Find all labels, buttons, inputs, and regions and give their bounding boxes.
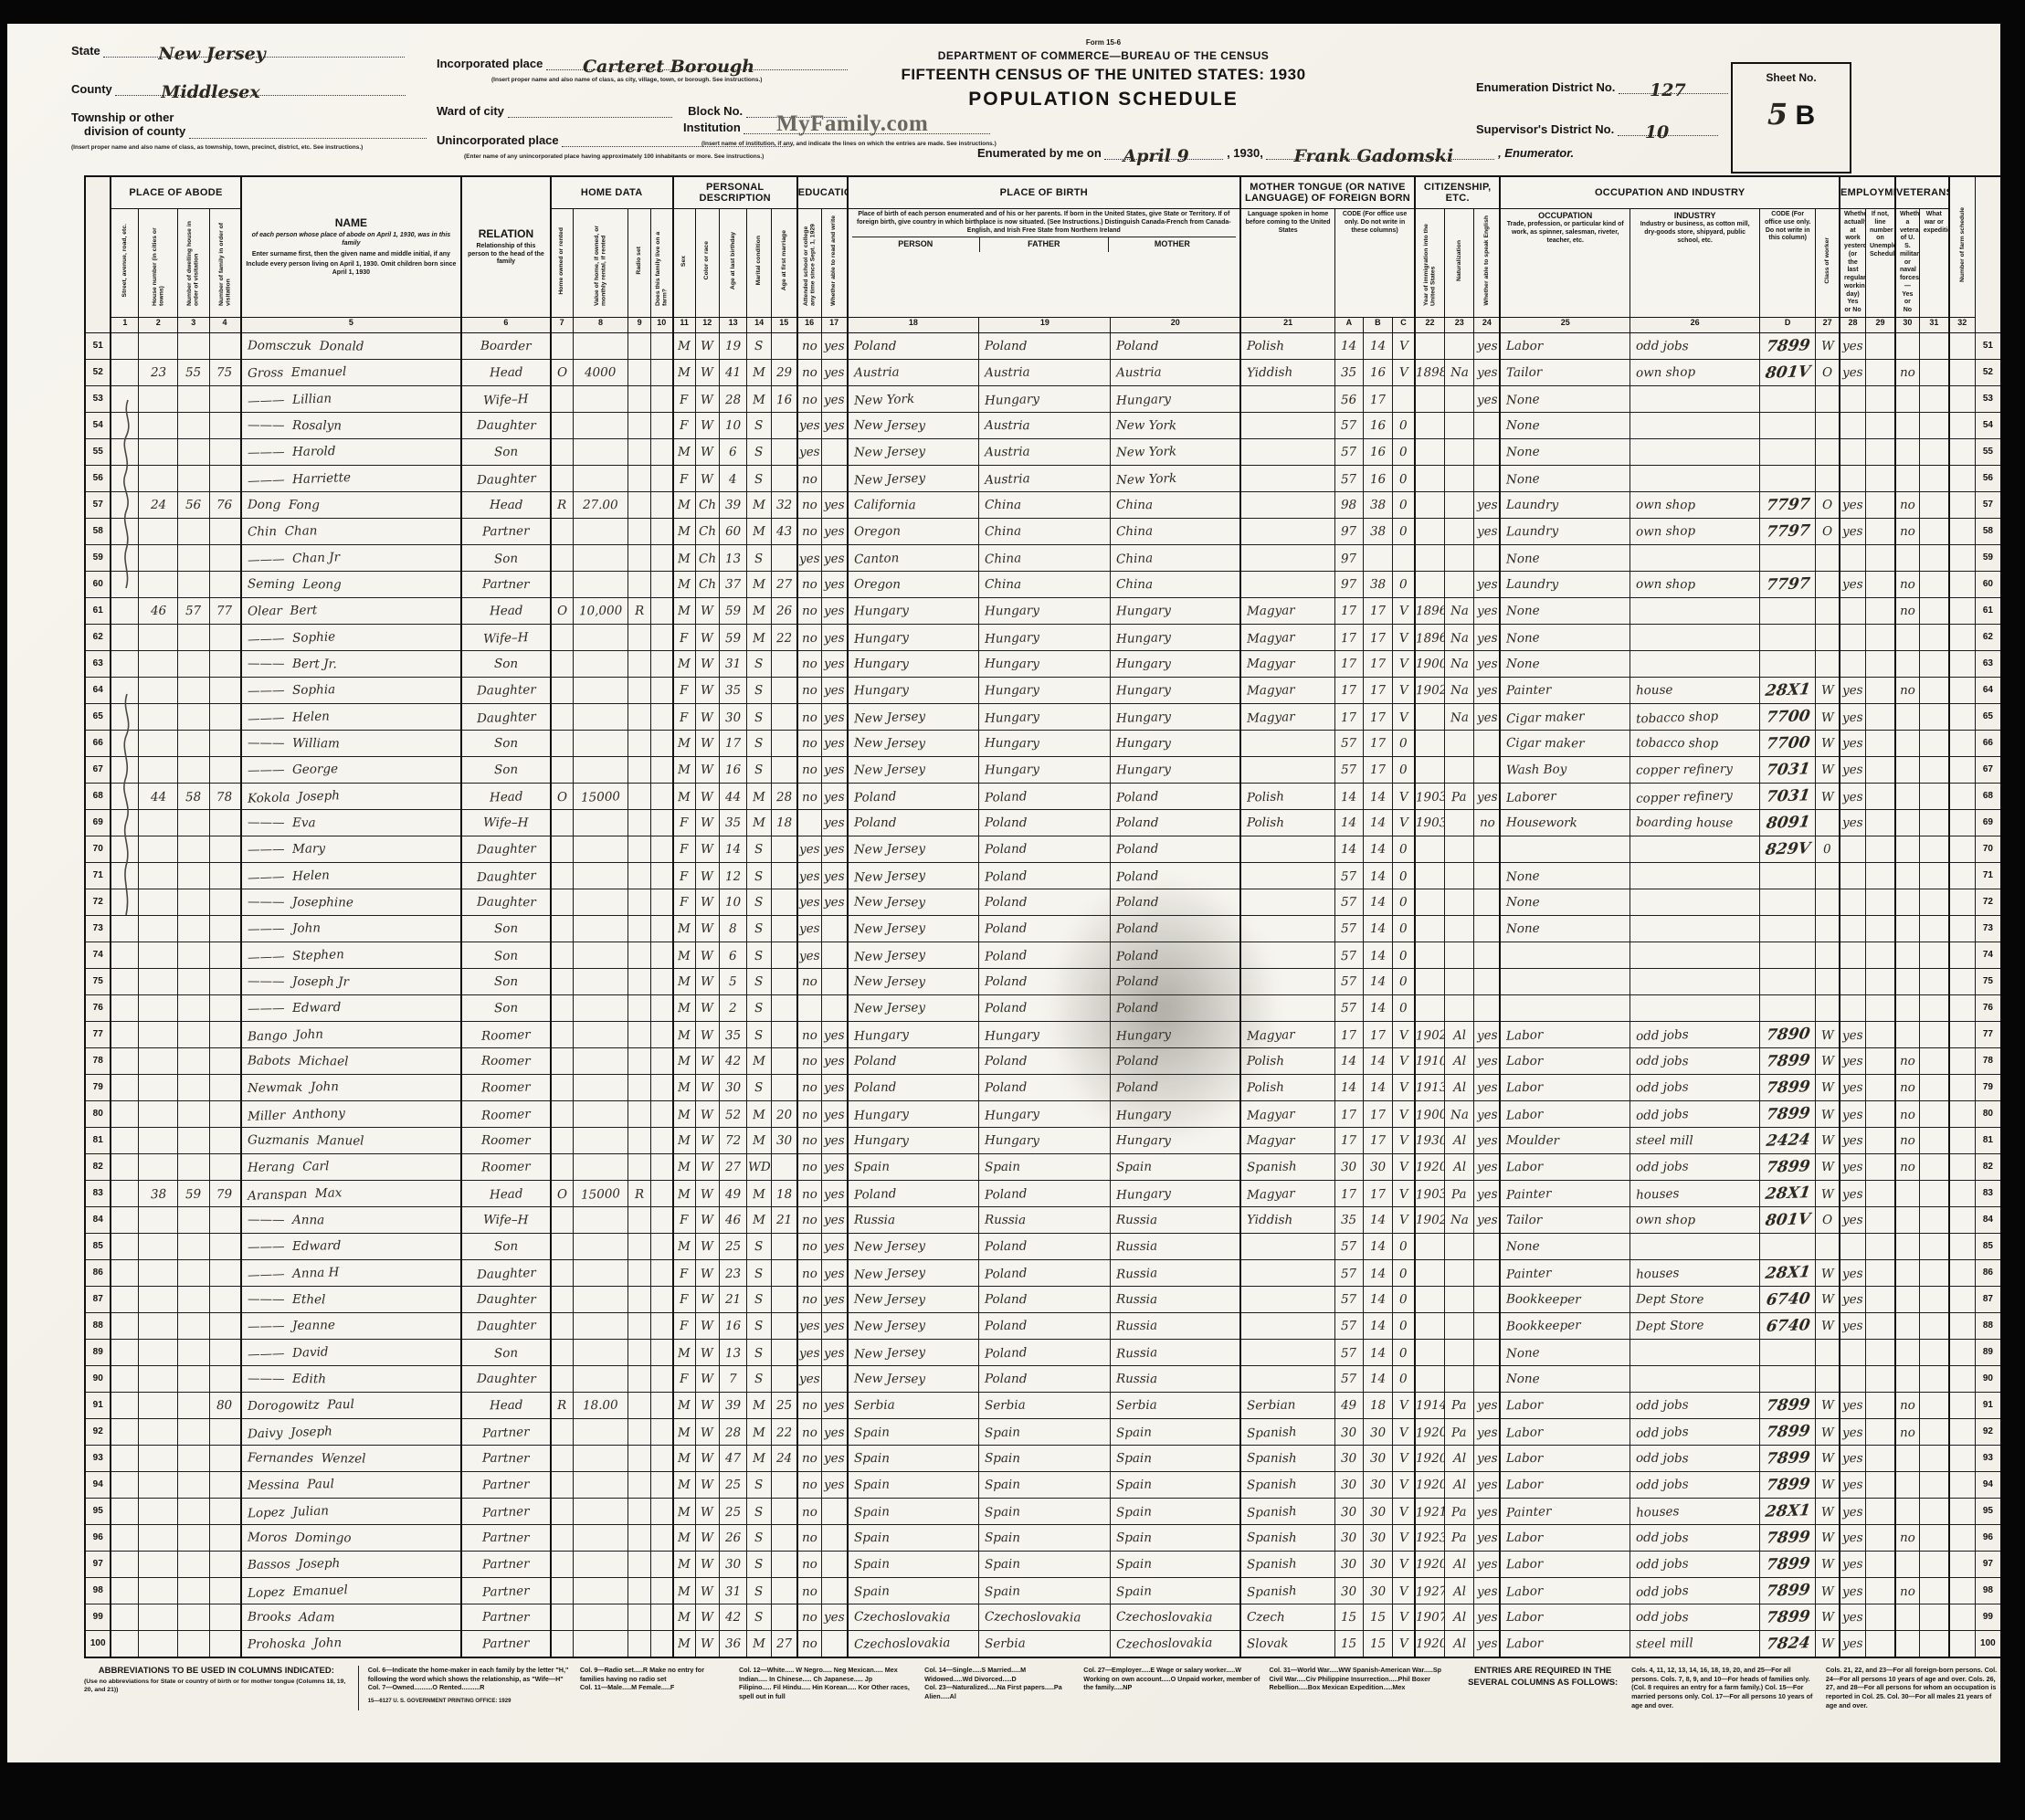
cell-agem — [771, 1021, 796, 1047]
handwriting-cA: 35 — [1341, 365, 1356, 380]
cell-rw: yes — [821, 756, 847, 783]
cell-nat: Al — [1444, 1047, 1473, 1074]
cell-bf: Poland — [979, 1047, 1111, 1074]
cell-st — [111, 836, 138, 862]
cell-radio — [628, 1339, 650, 1365]
cell-dw — [178, 703, 210, 730]
handwriting-name: ——— Edith — [247, 1371, 325, 1386]
handwriting-rw: yes — [824, 683, 845, 698]
cell-rel: Partner — [461, 1604, 550, 1630]
handwriting-nat: Na — [1450, 604, 1469, 618]
cell-race: W — [695, 624, 719, 650]
handwriting-vet: no — [1900, 1583, 1915, 1599]
handwriting-agem: 26 — [776, 604, 792, 618]
column-number-row: 123456789101112131415161718192021ABC2223… — [85, 317, 2001, 332]
handwriting-bp: New Jersey — [853, 709, 925, 726]
handwriting-work: yes — [1842, 1636, 1863, 1651]
cell-cC: 0 — [1393, 862, 1415, 889]
cell-fsch — [1949, 889, 1975, 915]
handwriting-eng: yes — [1477, 365, 1498, 380]
handwriting-cA: 17 — [1341, 683, 1356, 698]
handwriting-cC: V — [1398, 1425, 1408, 1440]
handwriting-code: 7031 — [1765, 760, 1810, 780]
cell-radio — [628, 518, 650, 544]
cell-rw: yes — [821, 412, 847, 438]
cell-fsch — [1949, 1339, 1975, 1365]
cell-work: yes — [1840, 571, 1865, 597]
cell-race: W — [695, 1392, 719, 1418]
cell-cC: V — [1393, 1604, 1415, 1630]
cell-own — [551, 703, 573, 730]
column-number-C: C — [1393, 317, 1415, 332]
cell-nat — [1444, 1259, 1473, 1286]
handwriting-mar: M — [753, 815, 765, 830]
handwriting-eng: yes — [1477, 1398, 1498, 1413]
cell-val — [573, 1206, 628, 1233]
handwriting-cC: 0 — [1399, 736, 1408, 751]
cell-sch: no — [797, 1127, 821, 1153]
handwriting-mar: S — [754, 1267, 764, 1281]
handwriting-cA: 30 — [1341, 1425, 1357, 1440]
cell-radio — [628, 703, 650, 730]
cell-bm: Russia — [1111, 1286, 1240, 1312]
cell-cB: 14 — [1363, 1074, 1392, 1100]
cell-ind — [1630, 915, 1760, 942]
handwriting-race: W — [701, 736, 713, 751]
cell-cC: V — [1393, 1418, 1415, 1445]
cell-age: 13 — [719, 544, 746, 571]
handwriting-ind: tobacco shop — [1636, 709, 1719, 726]
cell-cB: 15 — [1363, 1604, 1392, 1630]
cell-bp: Russia — [848, 1206, 979, 1233]
cell-sex: M — [673, 1021, 695, 1047]
cell-cls — [1816, 862, 1840, 889]
census-row: 64——— SophiaDaughterFW35SnoyesHungaryHun… — [85, 677, 2001, 703]
cell-race: W — [695, 597, 719, 624]
cell-val — [573, 703, 628, 730]
cell-own — [551, 1312, 573, 1339]
census-row: 55——— HaroldSonMW6SyesNew JerseyAustriaN… — [85, 438, 2001, 465]
cell-st — [111, 359, 138, 385]
cell-val — [573, 1551, 628, 1577]
handwriting-sch: no — [802, 1478, 817, 1492]
handwriting-sex: M — [678, 1451, 691, 1466]
cell-war — [1919, 359, 1948, 385]
handwriting-sex: F — [680, 869, 689, 884]
cell-cB: 18 — [1363, 1392, 1392, 1418]
handwriting-age: 10 — [725, 418, 741, 433]
occupation-desc: Trade, profession, or particular kind of… — [1504, 221, 1626, 245]
handwriting-race: W — [701, 1080, 713, 1095]
handwriting-cC: 0 — [1399, 949, 1408, 963]
cell-mar: S — [747, 1604, 771, 1630]
line-number: 63 — [85, 650, 111, 677]
handwriting-sex: F — [680, 631, 689, 646]
handwriting-sex: F — [680, 815, 689, 830]
cell-agem: 26 — [771, 597, 796, 624]
cell-work — [1840, 1233, 1865, 1259]
handwriting-mar: M — [753, 1054, 765, 1068]
cell-imm: 1920 — [1415, 1630, 1444, 1657]
cell-uns — [1865, 1047, 1894, 1074]
cell-hn — [139, 1471, 178, 1498]
handwriting-cls: W — [1821, 1610, 1834, 1625]
handwriting-name: ——— David — [247, 1344, 328, 1362]
cell-nat: Al — [1444, 1074, 1473, 1100]
handwriting-own: O — [556, 604, 566, 618]
cell-mar: M — [747, 809, 771, 836]
handwriting-mar: S — [754, 1372, 763, 1386]
line-number: 71 — [85, 862, 111, 889]
cell-own: O — [551, 1180, 573, 1206]
handwriting-bp: Oregon — [853, 523, 900, 539]
cell-uns — [1865, 1259, 1894, 1286]
cell-code — [1760, 994, 1816, 1021]
column-number-16: 16 — [797, 317, 821, 332]
cell-race: W — [695, 1471, 719, 1498]
cell-uns — [1865, 1339, 1894, 1365]
cell-age: 13 — [719, 1339, 746, 1365]
cell-name: ——— Rosalyn — [241, 412, 462, 438]
cell-agem: 24 — [771, 1445, 796, 1471]
cell-vet: no — [1895, 1577, 1919, 1604]
cell-bp: New Jersey — [848, 438, 979, 465]
cell-cA: 17 — [1335, 1180, 1363, 1206]
handwriting-rel: Son — [494, 445, 518, 459]
line-number: 69 — [85, 809, 111, 836]
cell-fam — [209, 1206, 241, 1233]
cell-agem — [771, 703, 796, 730]
cell-war — [1919, 1471, 1948, 1498]
cell-code: 829V — [1760, 836, 1816, 862]
cell-dw — [178, 412, 210, 438]
cell-mar: S — [747, 1312, 771, 1339]
handwriting-cB: 30 — [1370, 1531, 1386, 1545]
cell-age: 49 — [719, 1180, 746, 1206]
cell-race: W — [695, 1100, 719, 1127]
cell-cA: 30 — [1335, 1471, 1363, 1498]
cell-agem — [771, 1604, 796, 1630]
cell-ind: own shop — [1630, 491, 1760, 518]
cell-war — [1919, 491, 1948, 518]
cell-cls — [1816, 968, 1840, 994]
cell-dw — [178, 1471, 210, 1498]
cell-sch: no — [797, 1153, 821, 1180]
cell-age: 25 — [719, 1471, 746, 1498]
requirements-note-2: Cols. 21, 22, and 23—For all foreign-bor… — [1826, 1666, 2002, 1710]
cell-rel: Head — [461, 783, 550, 809]
handwriting-work: yes — [1842, 1186, 1863, 1202]
handwriting-mar: S — [754, 1028, 764, 1043]
handwriting-occ: None — [1506, 1345, 1540, 1361]
handwriting-cA: 57 — [1341, 1319, 1356, 1333]
handwriting-rw: yes — [824, 339, 845, 353]
handwriting-bf: Austria — [985, 471, 1030, 488]
handwriting-bp: New Jersey — [853, 1000, 924, 1015]
cell-sex: F — [673, 703, 695, 730]
handwriting-bf: Poland — [985, 921, 1028, 936]
cell-st — [111, 650, 138, 677]
cell-fam — [209, 385, 241, 412]
cell-name: Lopez Emanuel — [241, 1577, 462, 1604]
cell-nat — [1444, 1339, 1473, 1365]
cell-bp: Spain — [848, 1524, 979, 1551]
cell-code — [1760, 597, 1816, 624]
cell-occ: Labor — [1500, 1047, 1629, 1074]
cell-cB: 17 — [1363, 703, 1392, 730]
cell-sex: M — [673, 1551, 695, 1577]
handwriting-work: yes — [1842, 1610, 1863, 1625]
cell-sex: M — [673, 1233, 695, 1259]
cell-sch: yes — [797, 1365, 821, 1392]
cell-age: 72 — [719, 1127, 746, 1153]
handwriting-cls: W — [1820, 790, 1833, 805]
cell-eng: yes — [1474, 1630, 1500, 1657]
cell-agem: 20 — [771, 1100, 796, 1127]
handwriting-sch: no — [802, 1531, 817, 1545]
cell-fsch — [1949, 571, 1975, 597]
cell-cA: 97 — [1335, 518, 1363, 544]
handwriting-cls: W — [1820, 1505, 1833, 1520]
cell-rel: Son — [461, 544, 550, 571]
cell-war — [1919, 862, 1948, 889]
handwriting-ind: odd jobs — [1636, 1530, 1689, 1545]
handwriting-name: ——— Lillian — [247, 391, 332, 408]
cell-nat: Al — [1444, 1021, 1473, 1047]
cell-bp: New Jersey — [848, 1312, 979, 1339]
census-row: 83385979Aranspan MaxHeadO15000RMW49M18no… — [85, 1180, 2001, 1206]
cell-rw: yes — [821, 1100, 847, 1127]
cell-age: 25 — [719, 1498, 746, 1524]
cell-vet — [1895, 332, 1919, 359]
handwriting-mar: S — [754, 1584, 764, 1599]
cell-ind: odd jobs — [1630, 1392, 1760, 1418]
handwriting-agem: 18 — [775, 1186, 792, 1202]
county-value-handwriting: Middlesex — [161, 82, 259, 102]
handwriting-mar: M — [753, 1133, 765, 1148]
cell-age: 41 — [719, 359, 746, 385]
handwriting-race: W — [701, 1267, 713, 1281]
column-number-13: 13 — [719, 317, 746, 332]
handwriting-cB: 14 — [1370, 1080, 1386, 1095]
cell-ind: own shop — [1630, 1206, 1760, 1233]
line-number: 69 — [1975, 809, 2001, 836]
cell-nat — [1444, 1286, 1473, 1312]
cell-agem: 43 — [771, 518, 796, 544]
cell-cB: 17 — [1363, 597, 1392, 624]
handwriting-sch: yes — [799, 948, 820, 963]
cell-imm — [1415, 385, 1444, 412]
cell-bp: Spain — [848, 1498, 979, 1524]
handwriting-cls: W — [1821, 763, 1834, 777]
handwriting-cA: 49 — [1341, 1398, 1356, 1413]
handwriting-dw: 57 — [185, 604, 201, 618]
handwriting-rel: Head — [489, 1186, 522, 1202]
cell-bf: Poland — [979, 332, 1111, 359]
cell-bf: Poland — [979, 836, 1111, 862]
handwriting-bp: New Jersey — [853, 841, 924, 857]
cell-imm: 1930 — [1415, 1127, 1444, 1153]
cell-sex: F — [673, 412, 695, 438]
cell-rw — [821, 1551, 847, 1577]
cell-bp: Poland — [848, 1180, 979, 1206]
cell-farm — [650, 1471, 672, 1498]
cell-bm: Serbia — [1111, 1392, 1240, 1418]
handwriting-cA: 17 — [1341, 1186, 1357, 1202]
cell-code: 28X1 — [1760, 1498, 1816, 1524]
handwriting-occ: Labor — [1506, 1531, 1543, 1545]
handwriting-bm: Poland — [1116, 921, 1159, 936]
cell-own — [551, 1524, 573, 1551]
cell-own — [551, 1286, 573, 1312]
cell-rel: Wife–H — [461, 385, 550, 412]
cell-age: 26 — [719, 1524, 746, 1551]
handwriting-bf: Hungary — [985, 735, 1039, 751]
cell-agem — [771, 1524, 796, 1551]
handwriting-sex: M — [678, 524, 691, 539]
cell-sex: M — [673, 359, 695, 385]
handwriting-vet: no — [1900, 1160, 1915, 1174]
cell-radio — [628, 836, 650, 862]
institution-label: Institution — [683, 121, 741, 134]
requirements-block-1: Cols. 4, 11, 12, 13, 14, 16, 18, 19, 20,… — [1631, 1666, 1817, 1710]
cell-fsch — [1949, 942, 1975, 968]
cell-ind — [1630, 889, 1760, 915]
cell-bm: Hungary — [1111, 1180, 1240, 1206]
column-number-15: 15 — [771, 317, 796, 332]
cell-imm — [1415, 544, 1444, 571]
cell-cA: 57 — [1335, 889, 1363, 915]
cell-lang: Spanish — [1240, 1551, 1335, 1577]
cell-own — [551, 1153, 573, 1180]
handwriting-cC: 0 — [1399, 1239, 1408, 1254]
cell-cC: V — [1393, 1047, 1415, 1074]
handwriting-cB: 14 — [1370, 921, 1386, 936]
cell-code: 7899 — [1760, 1100, 1816, 1127]
cell-eng: yes — [1474, 1471, 1500, 1498]
cell-ind: odd jobs — [1630, 1153, 1760, 1180]
cell-name: Chin Chan — [241, 518, 462, 544]
cell-radio — [628, 1551, 650, 1577]
handwriting-bm: Poland — [1116, 339, 1159, 353]
handwriting-race: W — [701, 815, 713, 830]
line-number: 55 — [85, 438, 111, 465]
cell-hn — [139, 994, 178, 1021]
column-number-1: 1 — [111, 317, 138, 332]
line-number: 92 — [1975, 1418, 2001, 1445]
cell-cA: 57 — [1335, 942, 1363, 968]
cell-own — [551, 1551, 573, 1577]
cell-occ — [1500, 968, 1629, 994]
handwriting-mar: M — [753, 790, 765, 805]
handwriting-fam: 77 — [216, 604, 232, 618]
cell-st — [111, 491, 138, 518]
cell-farm — [650, 968, 672, 994]
cell-code: 7899 — [1760, 1471, 1816, 1498]
enumerated-field: Enumerated by me on April 9 , 1930, Fran… — [977, 146, 1574, 160]
handwriting-bp: New Jersey — [853, 894, 924, 910]
cell-fam: 80 — [209, 1392, 241, 1418]
cell-fsch — [1949, 1551, 1975, 1577]
census-row: 75——— Joseph JrSonMW5SnoNew JerseyPoland… — [85, 968, 2001, 994]
cell-agem: 25 — [771, 1392, 796, 1418]
handwriting-age: 16 — [725, 1319, 741, 1333]
cell-bf: Poland — [979, 1286, 1111, 1312]
handwriting-rel: Head — [490, 498, 523, 512]
cell-imm — [1415, 915, 1444, 942]
cell-cls: W — [1816, 1392, 1840, 1418]
cell-code — [1760, 942, 1816, 968]
cell-radio — [628, 465, 650, 491]
cell-sch: no — [797, 1392, 821, 1418]
cell-work — [1840, 624, 1865, 650]
cell-occ: Labor — [1500, 1392, 1629, 1418]
cell-race: W — [695, 1259, 719, 1286]
handwriting-age: 19 — [725, 339, 741, 353]
cell-vet: no — [1895, 571, 1919, 597]
cell-mar: S — [747, 889, 771, 915]
handwriting-cC: V — [1399, 815, 1408, 830]
cell-fsch — [1949, 1524, 1975, 1551]
cell-vet — [1895, 1259, 1919, 1286]
cell-farm — [650, 1180, 672, 1206]
handwriting-age: 4 — [729, 472, 737, 487]
cell-rw — [821, 968, 847, 994]
cell-bm: Poland — [1111, 1047, 1240, 1074]
handwriting-lang: Slovak — [1247, 1636, 1289, 1651]
cell-cls: W — [1816, 1524, 1840, 1551]
cell-fam — [209, 968, 241, 994]
handwriting-bp: Hungary — [853, 1107, 908, 1123]
cell-sex: M — [673, 438, 695, 465]
cell-ind: tobacco shop — [1630, 703, 1760, 730]
handwriting-code: 7797 — [1765, 521, 1810, 542]
cell-dw — [178, 1127, 210, 1153]
cell-bp: New Jersey — [848, 915, 979, 942]
handwriting-rel: Daughter — [476, 471, 535, 488]
cell-code — [1760, 862, 1816, 889]
cell-uns — [1865, 1021, 1894, 1047]
cell-farm — [650, 1206, 672, 1233]
handwriting-age: 35 — [725, 683, 741, 698]
cell-work — [1840, 915, 1865, 942]
handwriting-own: O — [556, 365, 566, 380]
handwriting-rw: yes — [824, 1610, 845, 1625]
cell-occ: Painter — [1500, 1259, 1629, 1286]
handwriting-cls: O — [1822, 524, 1832, 539]
handwriting-cC: V — [1399, 683, 1408, 698]
handwriting-cA: 57 — [1341, 471, 1357, 487]
name-desc-2: Enter surname first, then the given name… — [246, 251, 458, 259]
cell-fam — [209, 1127, 241, 1153]
cell-name: ——— Ethel — [241, 1286, 462, 1312]
cell-radio — [628, 1445, 650, 1471]
handwriting-lang: Yiddish — [1247, 1213, 1292, 1227]
handwriting-bp: New Jersey — [853, 762, 924, 777]
line-number: 76 — [1975, 994, 2001, 1021]
handwriting-age: 8 — [729, 921, 737, 936]
cell-bf: Poland — [979, 915, 1111, 942]
cell-fsch — [1949, 465, 1975, 491]
cell-mar: S — [747, 1074, 771, 1100]
handwriting-bp: Poland — [853, 1186, 896, 1203]
cell-age: 59 — [719, 597, 746, 624]
cell-uns — [1865, 1365, 1894, 1392]
cell-occ: None — [1500, 889, 1629, 915]
cell-hn — [139, 1259, 178, 1286]
handwriting-work: yes — [1842, 524, 1863, 539]
cell-imm — [1415, 889, 1444, 915]
